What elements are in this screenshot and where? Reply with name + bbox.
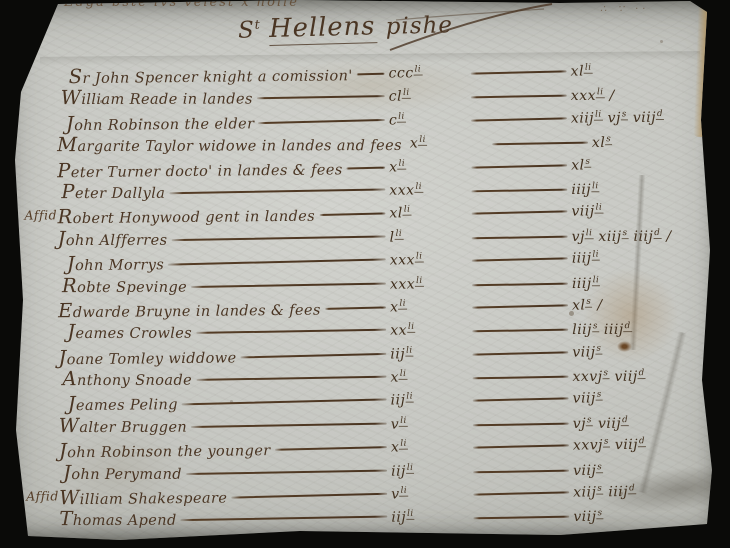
title-suffix: pishe [385,12,453,40]
leader-line [473,469,569,473]
parish-title: St Hellens pishe [238,9,454,45]
entry-valuation: iijli [391,392,469,409]
leader-line [472,329,568,333]
entry-name: Robert Honywood gent in landes [57,203,315,229]
corner-pen-marks: ∴ ∵ ·· [600,4,649,15]
entry-name: Margarite Taylor widowe in landes and fe… [57,132,402,156]
title-superscript: t [254,17,260,32]
leader-line [472,282,568,286]
leader-line [191,282,386,287]
leader-line [258,118,385,123]
leader-line [191,422,387,427]
entry-name: Peter Dallyla [61,180,165,203]
entry-tax: iiijli [572,275,690,292]
leader-line [168,258,386,265]
entry-tax: vjs viijd [573,415,691,432]
leader-line [472,257,568,261]
leader-line [171,235,385,241]
leader-line [169,188,385,194]
leader-line [319,212,386,216]
entry-tax: vjli xiijs iiijd / [572,228,690,245]
entry-name: Jeames Crowles [67,320,192,343]
entry-tax: xlli [571,62,689,80]
entry-valuation: vli [391,416,469,433]
entry-tax: viijs [572,343,690,361]
leader-line [471,95,567,99]
leader-line [492,141,588,145]
leader-line [473,397,569,401]
leader-line [473,444,569,448]
entry-valuation: xxxli [390,276,468,293]
entry-tax: xxxli / [571,88,689,105]
entry-name: Joane Tomley widdowe [58,344,236,369]
entry-name: John Morrys [67,252,165,276]
entry-valuation: xli [390,369,468,386]
entry-name: William Reade in landes [61,86,253,110]
entry-name: Anthony Snoade [62,367,192,390]
entry-valuation: vli [391,485,469,502]
entry-tax: viijs [573,509,691,526]
entry-tax: viijs [573,462,691,479]
leader-line [471,210,567,214]
entry-name: Robte Spevinge [62,273,187,296]
margin-affidavit-note: Affid [24,208,57,223]
entry-name: Thomas Apend [59,507,176,530]
entry-valuation: xli [410,135,488,152]
entry-valuation: xli [390,298,468,315]
entry-tax: liijs iiijd [572,322,690,339]
leader-line [186,469,387,475]
leader-line [275,446,387,451]
leader-line [472,304,568,308]
manuscript-photo: Edga bste lvs veiest x holle ∴ ∵ ·· St H… [0,0,730,548]
leader-line [471,188,567,192]
entry-tax: xxvjs viijd [573,436,691,454]
leader-line [257,95,385,99]
cropped-header-line: Edga bste lvs veiest x holle [64,0,484,10]
leader-line [472,351,568,355]
entry-valuation: iijli [391,509,469,526]
entry-valuation: xli [391,439,469,456]
leader-line [473,491,569,495]
parchment-sheet: Edga bste lvs veiest x holle ∴ ∵ ·· St H… [0,0,730,548]
entry-valuation: xxli [390,322,468,339]
entry-name: John Robinson the younger [59,438,271,463]
entries: Sr John Spencer knight a comission' cccl… [57,60,692,532]
entry-valuation: cli [389,111,467,128]
leader-line [473,516,569,520]
entry-valuation: cccli [389,64,467,81]
entry-valuation: xxxli [390,252,468,269]
title-parish-name: Hellens [269,11,378,46]
entry-name: John Alfferres [58,227,168,250]
margin-affidavit-note: Affid [26,488,59,503]
leader-line [182,399,387,406]
leader-line [471,70,567,74]
entry-name: Peter Turner docto' in landes & fees [57,156,343,182]
entry-tax: xiijs iiijd [573,483,691,501]
entry-valuation: iijli [391,463,469,480]
entry-tax: xxvjs viijd [572,368,690,385]
entry-name: John Robinson the elder [66,110,255,135]
leader-line [347,166,386,169]
leader-line [231,493,387,499]
entry-tax: iiijli [571,181,689,198]
leader-line [357,72,385,75]
entry-tax: xls / [572,296,690,314]
leader-line [240,352,386,358]
entry-tax: xls [571,156,689,174]
entry-valuation: xxxli [389,182,467,199]
leader-line [196,375,386,380]
entry-valuation: xli [389,158,467,175]
leader-line [472,375,568,379]
leader-line [196,329,386,334]
entry-valuation: lli [390,229,468,246]
leader-line [472,235,568,239]
entry-tax: viijs [573,390,691,408]
title-prefix: S [238,17,255,43]
entry-tax: xls [592,134,710,151]
leader-line [325,306,386,309]
entry-row: Thomas Apend iijli viijs [59,505,691,531]
entry-valuation: xlli [389,205,467,222]
entry-valuation: clli [389,88,467,105]
entry-tax: iiijli [572,249,690,267]
tan-edge-stain [694,2,717,138]
leader-line [471,164,567,168]
entry-name: John Perymand [63,460,182,483]
entry-name: Walter Bruggen [59,414,187,437]
leader-line [471,117,567,121]
entry-tax: viijli [571,202,689,220]
leader-line [181,516,388,522]
entry-name: Jeames Peling [68,392,178,416]
entry-valuation: iijli [390,345,468,362]
entry-tax: xiijli vjs viijd [571,109,689,127]
leader-line [473,422,569,426]
